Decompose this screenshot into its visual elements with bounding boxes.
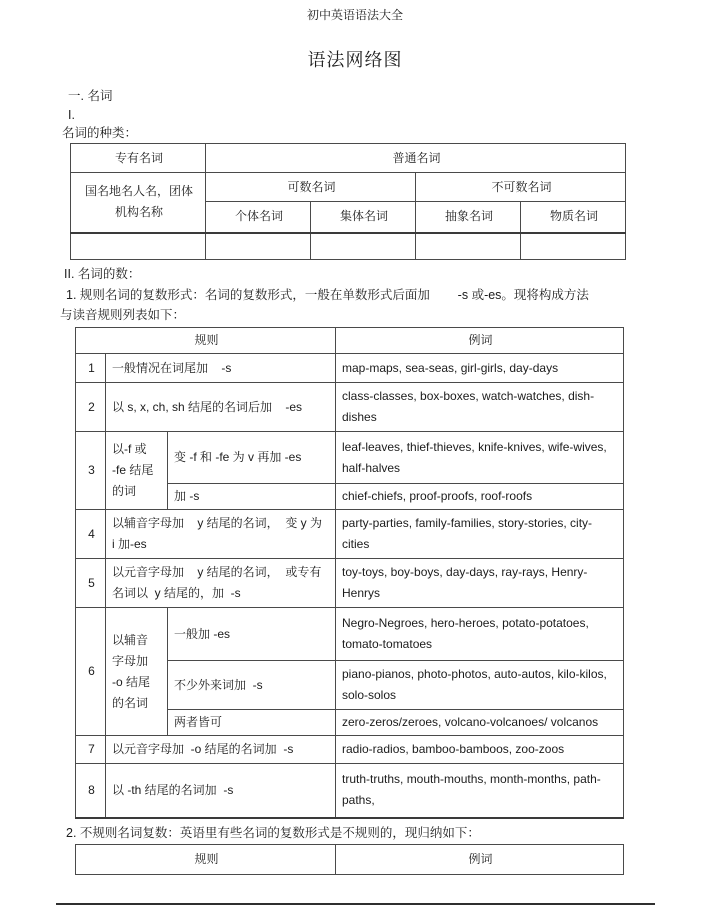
example-cell: party-parties, family-families, story-st… bbox=[336, 510, 624, 559]
section-heading-noun: 一. 名词 bbox=[68, 88, 710, 104]
row-number-cell: 3 bbox=[76, 432, 106, 510]
rule-cell: 变 -f 和 -fe 为 v 再加 -es bbox=[168, 432, 336, 484]
uncountable-noun-cell: 不可数名词 bbox=[416, 173, 626, 202]
empty-cell bbox=[521, 233, 626, 260]
example-header-cell: 例词 bbox=[336, 844, 624, 874]
example-header-cell: 例词 bbox=[336, 328, 624, 354]
row-number-cell: 5 bbox=[76, 559, 106, 608]
regular-plural-intro: 1. 规则名词的复数形式：名词的复数形式，一般在单数形式后面加 -s 或-es。… bbox=[60, 285, 624, 325]
footer-divider bbox=[56, 903, 655, 905]
row-number-cell: 4 bbox=[76, 510, 106, 559]
table-row: 6 以辅音 字母加 -o 结尾 的名词 一般加 -es Negro-Negroe… bbox=[76, 608, 624, 661]
example-cell: Negro-Negroes, hero-heroes, potato-potat… bbox=[336, 608, 624, 661]
countable-noun-cell: 可数名词 bbox=[206, 173, 416, 202]
rule-cell: 一般情况在词尾加 -s bbox=[106, 354, 336, 383]
irregular-plural-intro: 2. 不规则名词复数：英语里有些名词的复数形式是不规则的，现归纳如下： bbox=[60, 825, 624, 841]
table-header-row: 规则 例词 bbox=[76, 844, 624, 874]
proper-noun-desc-cell: 国名地名人名，团体 机构名称 bbox=[71, 173, 206, 233]
rule-header-cell: 规则 bbox=[76, 844, 336, 874]
section-heading-number: II. 名词的数： bbox=[64, 266, 710, 282]
rule-group-cell: 以-f 或 -fe 结尾 的词 bbox=[106, 432, 168, 510]
example-cell: leaf-leaves, thief-thieves, knife-knives… bbox=[336, 432, 624, 484]
empty-cell bbox=[71, 233, 206, 260]
rule-cell: 以 -th 结尾的名词加 -s bbox=[106, 764, 336, 818]
noun-types-table: 专有名词 普通名词 国名地名人名，团体 机构名称 可数名词 不可数名词 个体名词… bbox=[70, 143, 626, 260]
table-row: 2 以 s, x, ch, sh 结尾的名词后加 -es class-class… bbox=[76, 383, 624, 432]
example-cell: class-classes, box-boxes, watch-watches,… bbox=[336, 383, 624, 432]
proper-noun-cell: 专有名词 bbox=[71, 144, 206, 173]
regular-plural-table: 规则 例词 1 一般情况在词尾加 -s map-maps, sea-seas, … bbox=[75, 327, 624, 819]
noun-types-label: 名词的种类： bbox=[62, 125, 710, 141]
table-row: 7 以元音字母加 -o 结尾的名词加 -s radio-radios, bamb… bbox=[76, 736, 624, 764]
table-row: 4 以辅音字母加 y 结尾的名词， 变 y 为 i 加-es party-par… bbox=[76, 510, 624, 559]
roman-numeral-one: I. bbox=[68, 107, 710, 123]
rule-header-cell: 规则 bbox=[76, 328, 336, 354]
empty-cell bbox=[311, 233, 416, 260]
table-row: 5 以元音字母加 y 结尾的名词， 或专有 名词以 y 结尾的，加 -s toy… bbox=[76, 559, 624, 608]
rule-cell: 以辅音字母加 y 结尾的名词， 变 y 为 i 加-es bbox=[106, 510, 336, 559]
row-number-cell: 7 bbox=[76, 736, 106, 764]
common-noun-cell: 普通名词 bbox=[206, 144, 626, 173]
example-cell: radio-radios, bamboo-bamboos, zoo-zoos bbox=[336, 736, 624, 764]
irregular-plural-table: 规则 例词 bbox=[75, 844, 624, 875]
example-cell: zero-zeros/zeroes, volcano-volcanoes/ vo… bbox=[336, 710, 624, 736]
abstract-noun-cell: 抽象名词 bbox=[416, 202, 521, 233]
collective-noun-cell: 集体名词 bbox=[311, 202, 416, 233]
table-row bbox=[71, 233, 626, 260]
row-number-cell: 2 bbox=[76, 383, 106, 432]
table-row: 3 以-f 或 -fe 结尾 的词 变 -f 和 -fe 为 v 再加 -es … bbox=[76, 432, 624, 484]
individual-noun-cell: 个体名词 bbox=[206, 202, 311, 233]
row-number-cell: 6 bbox=[76, 608, 106, 736]
row-number-cell: 8 bbox=[76, 764, 106, 818]
empty-cell bbox=[416, 233, 521, 260]
rule-cell: 加 -s bbox=[168, 484, 336, 510]
table-row: 1 一般情况在词尾加 -s map-maps, sea-seas, girl-g… bbox=[76, 354, 624, 383]
rule-cell: 以元音字母加 -o 结尾的名词加 -s bbox=[106, 736, 336, 764]
empty-cell bbox=[206, 233, 311, 260]
table-row: 8 以 -th 结尾的名词加 -s truth-truths, mouth-mo… bbox=[76, 764, 624, 818]
example-cell: chief-chiefs, proof-proofs, roof-roofs bbox=[336, 484, 624, 510]
rule-cell: 两者皆可 bbox=[168, 710, 336, 736]
document-header: 初中英语语法大全 bbox=[0, 0, 710, 22]
material-noun-cell: 物质名词 bbox=[521, 202, 626, 233]
rule-cell: 以 s, x, ch, sh 结尾的名词后加 -es bbox=[106, 383, 336, 432]
rule-group-cell: 以辅音 字母加 -o 结尾 的名词 bbox=[106, 608, 168, 736]
table-header-row: 规则 例词 bbox=[76, 328, 624, 354]
table-row: 专有名词 普通名词 bbox=[71, 144, 626, 173]
example-cell: piano-pianos, photo-photos, auto-autos, … bbox=[336, 661, 624, 710]
rule-cell: 不少外来词加 -s bbox=[168, 661, 336, 710]
example-cell: truth-truths, mouth-mouths, month-months… bbox=[336, 764, 624, 818]
example-cell: map-maps, sea-seas, girl-girls, day-days bbox=[336, 354, 624, 383]
example-cell: toy-toys, boy-boys, day-days, ray-rays, … bbox=[336, 559, 624, 608]
row-number-cell: 1 bbox=[76, 354, 106, 383]
rule-cell: 一般加 -es bbox=[168, 608, 336, 661]
document-page: 初中英语语法大全 语法网络图 一. 名词 I. 名词的种类： 专有名词 普通名词… bbox=[0, 0, 710, 916]
rule-cell: 以元音字母加 y 结尾的名词， 或专有 名词以 y 结尾的，加 -s bbox=[106, 559, 336, 608]
table-row: 国名地名人名，团体 机构名称 可数名词 不可数名词 bbox=[71, 173, 626, 202]
document-title: 语法网络图 bbox=[0, 48, 710, 72]
